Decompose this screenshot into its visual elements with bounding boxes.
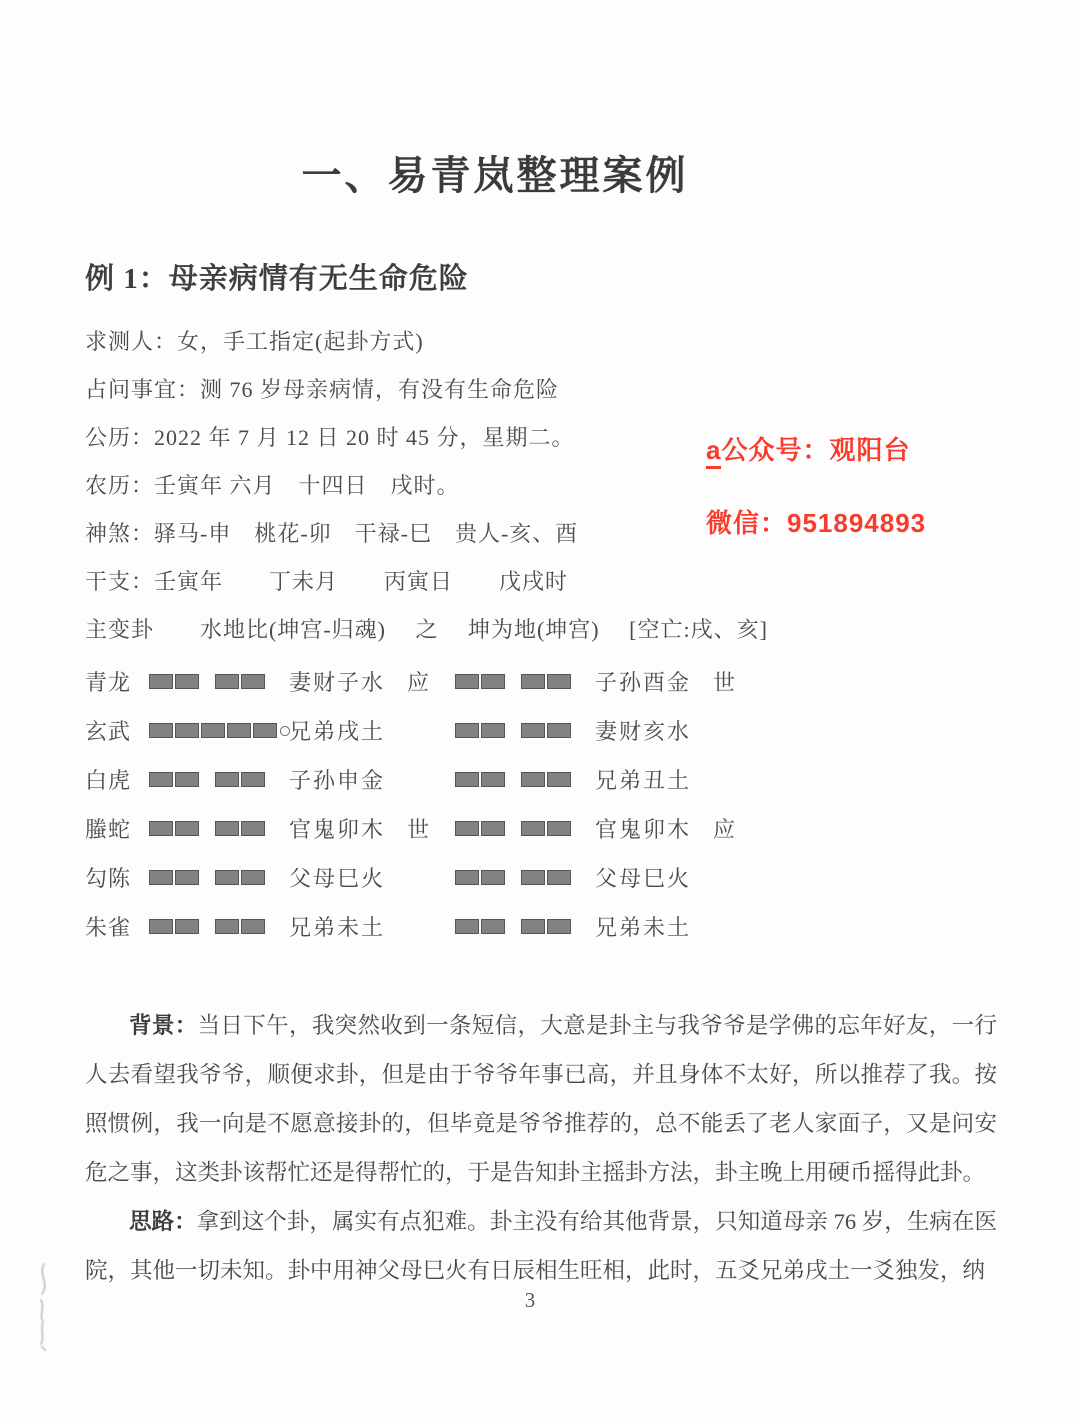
yao-block — [455, 870, 479, 885]
najia-text: 妻财亥水 — [595, 715, 713, 746]
yao-block — [521, 870, 545, 885]
yao-block — [547, 821, 571, 836]
six-god-label: 勾陈 — [85, 862, 149, 893]
yao-line-yin — [149, 870, 265, 885]
yao-block — [481, 772, 505, 787]
yao-block — [175, 870, 199, 885]
najia-text: 官鬼卯木 — [595, 813, 713, 844]
shi-ying-flag: 世 — [407, 813, 455, 844]
yao-segment — [521, 821, 571, 836]
yao-segment — [149, 723, 277, 738]
yao-line-wrap — [455, 919, 595, 934]
najia-text: 兄弟未土 — [289, 911, 407, 942]
hexagram-table: 青龙妻财子水应子孙酉金世玄武○兄弟戌土妻财亥水白虎子孙申金兄弟丑土螣蛇官鬼卯木世… — [85, 657, 761, 951]
body-paragraphs: 背景：当日下午，我突然收到一条短信，大意是卦主与我爷爷是学佛的忘年好友，一行人去… — [85, 1001, 997, 1295]
yao-block — [253, 723, 277, 738]
yao-block — [455, 674, 479, 689]
najia-text: 子孙酉金 — [595, 666, 713, 697]
yao-segment — [455, 772, 505, 787]
yao-segment — [149, 772, 199, 787]
yao-segment — [215, 772, 265, 787]
najia-text: 父母巳火 — [289, 862, 407, 893]
yao-line-wrap — [455, 821, 595, 836]
analysis-paragraph: 思路：拿到这个卦，属实有点犯难。卦主没有给其他背景，只知道母亲 76 岁，生病在… — [85, 1197, 997, 1295]
watermark: a公众号：观阳台 微信：951894893 — [706, 430, 926, 576]
background-lead: 背景： — [129, 1013, 198, 1038]
info-line: 农历：壬寅年 六月 十四日 戌时。 — [85, 462, 768, 510]
yao-segment — [149, 870, 199, 885]
yao-block — [241, 674, 265, 689]
najia-text: 兄弟未土 — [595, 911, 713, 942]
yao-line-wrap: ○ — [149, 719, 289, 742]
yao-segment — [521, 723, 571, 738]
yao-segment — [455, 674, 505, 689]
yao-block — [455, 772, 479, 787]
yao-block — [547, 772, 571, 787]
case-heading: 例 1：母亲病情有无生命危险 — [85, 256, 469, 297]
yao-segment — [521, 772, 571, 787]
page-number: 3 — [0, 1288, 1060, 1313]
shi-ying-flag: 应 — [713, 813, 761, 844]
yao-block — [455, 821, 479, 836]
yao-segment — [521, 919, 571, 934]
yao-block — [215, 870, 239, 885]
yao-line-yin — [455, 772, 571, 787]
info-line: 干支：壬寅年 丁未月 丙寅日 戊戌时 — [85, 558, 768, 606]
yao-line-yin — [149, 772, 265, 787]
yao-block — [149, 919, 173, 934]
yao-segment — [215, 919, 265, 934]
yao-block — [481, 674, 505, 689]
watermark-line-2: 微信：951894893 — [706, 503, 926, 540]
najia-text: 子孙申金 — [289, 764, 407, 795]
yao-line-yang — [149, 723, 277, 738]
watermark-line-1: a公众号：观阳台 — [706, 430, 926, 467]
yao-block — [149, 870, 173, 885]
yao-line-yin — [455, 821, 571, 836]
yao-segment — [455, 821, 505, 836]
yao-segment — [149, 821, 199, 836]
yao-block — [481, 919, 505, 934]
yao-block — [241, 870, 265, 885]
yao-block — [241, 919, 265, 934]
najia-text: 官鬼卯木 — [289, 813, 407, 844]
yao-line-wrap — [149, 772, 289, 787]
yao-block — [175, 821, 199, 836]
info-line: 占问事宜：测 76 岁母亲病情，有没有生命危险 — [85, 366, 768, 414]
analysis-text: 拿到这个卦，属实有点犯难。卦主没有给其他背景，只知道母亲 76 岁，生病在医院，… — [85, 1209, 997, 1283]
yao-line-yin — [455, 870, 571, 885]
yao-line-wrap — [149, 919, 289, 934]
background-paragraph: 背景：当日下午，我突然收到一条短信，大意是卦主与我爷爷是学佛的忘年好友，一行人去… — [85, 1001, 997, 1197]
najia-text: 兄弟戌土 — [289, 715, 407, 746]
hexagram-row: 玄武○兄弟戌土妻财亥水 — [85, 706, 761, 755]
yao-line-yin — [455, 919, 571, 934]
yao-segment — [521, 870, 571, 885]
yao-line-wrap — [455, 772, 595, 787]
document-page: 一、易青岚整理案例 例 1：母亲病情有无生命危险 求测人：女，手工指定(起卦方式… — [0, 0, 1080, 1422]
watermark-prefix: a — [706, 435, 721, 469]
yao-block — [241, 821, 265, 836]
hexagram-row: 白虎子孙申金兄弟丑土 — [85, 755, 761, 804]
yao-segment — [455, 919, 505, 934]
yao-block — [175, 919, 199, 934]
yao-segment — [521, 674, 571, 689]
yao-block — [547, 919, 571, 934]
yao-block — [215, 674, 239, 689]
yao-segment — [455, 870, 505, 885]
yao-line-wrap — [149, 674, 289, 689]
yao-line-wrap — [455, 723, 595, 738]
yao-block — [521, 772, 545, 787]
yao-block — [481, 821, 505, 836]
background-text: 当日下午，我突然收到一条短信，大意是卦主与我爷爷是学佛的忘年好友，一行人去看望我… — [85, 1013, 997, 1185]
yao-line-wrap — [149, 870, 289, 885]
yao-block — [175, 674, 199, 689]
info-line: 主变卦 水地比(坤宫-归魂) 之 坤为地(坤宫) [空亡:戌、亥] — [85, 606, 768, 654]
yao-block — [521, 821, 545, 836]
yao-block — [149, 723, 173, 738]
info-line: 神煞：驿马-申 桃花-卯 干禄-巳 贵人-亥、酉 — [85, 510, 768, 558]
hexagram-row: 青龙妻财子水应子孙酉金世 — [85, 657, 761, 706]
info-line: 公历：2022 年 7 月 12 日 20 时 45 分，星期二。 — [85, 414, 768, 462]
yao-block — [521, 723, 545, 738]
scan-smudge-artifact — [28, 1260, 62, 1352]
yao-block — [455, 919, 479, 934]
six-god-label: 螣蛇 — [85, 813, 149, 844]
yao-block — [521, 919, 545, 934]
yao-block — [175, 723, 199, 738]
hexagram-row: 朱雀兄弟未土兄弟未土 — [85, 902, 761, 951]
yao-block — [149, 772, 173, 787]
hexagram-row: 螣蛇官鬼卯木世官鬼卯木应 — [85, 804, 761, 853]
page-title: 一、易青岚整理案例 — [0, 144, 990, 201]
yao-line-yin — [455, 674, 571, 689]
yao-block — [215, 821, 239, 836]
yao-block — [521, 674, 545, 689]
yao-block — [481, 723, 505, 738]
yao-block — [215, 919, 239, 934]
yao-block — [547, 870, 571, 885]
yao-segment — [215, 870, 265, 885]
yao-block — [149, 674, 173, 689]
six-god-label: 玄武 — [85, 715, 149, 746]
yao-line-wrap — [149, 821, 289, 836]
najia-text: 妻财子水 — [289, 666, 407, 697]
info-line: 求测人：女，手工指定(起卦方式) — [85, 318, 768, 366]
yao-line-yin — [149, 821, 265, 836]
yao-line-yin — [149, 674, 265, 689]
analysis-lead: 思路： — [129, 1209, 197, 1234]
yao-segment — [215, 821, 265, 836]
yao-line-wrap — [455, 674, 595, 689]
yao-block — [215, 772, 239, 787]
najia-text: 兄弟丑土 — [595, 764, 713, 795]
yao-block — [175, 772, 199, 787]
yao-block — [227, 723, 251, 738]
yao-block — [241, 772, 265, 787]
yao-block — [547, 723, 571, 738]
yao-segment — [215, 674, 265, 689]
yao-segment — [149, 919, 199, 934]
yao-line-wrap — [455, 870, 595, 885]
hexagram-row: 勾陈父母巳火父母巳火 — [85, 853, 761, 902]
yao-block — [455, 723, 479, 738]
yao-block — [481, 870, 505, 885]
watermark-text-1: 公众号：观阳台 — [721, 435, 910, 465]
shi-ying-flag: 世 — [713, 666, 761, 697]
six-god-label: 白虎 — [85, 764, 149, 795]
yao-segment — [149, 674, 199, 689]
six-god-label: 青龙 — [85, 666, 149, 697]
case-info: 求测人：女，手工指定(起卦方式)占问事宜：测 76 岁母亲病情，有没有生命危险公… — [85, 318, 768, 654]
yao-block — [547, 674, 571, 689]
yao-segment — [455, 723, 505, 738]
six-god-label: 朱雀 — [85, 911, 149, 942]
yao-block — [149, 821, 173, 836]
yao-block — [201, 723, 225, 738]
najia-text: 父母巳火 — [595, 862, 713, 893]
yao-line-yin — [455, 723, 571, 738]
shi-ying-flag: 应 — [407, 666, 455, 697]
yao-line-yin — [149, 919, 265, 934]
